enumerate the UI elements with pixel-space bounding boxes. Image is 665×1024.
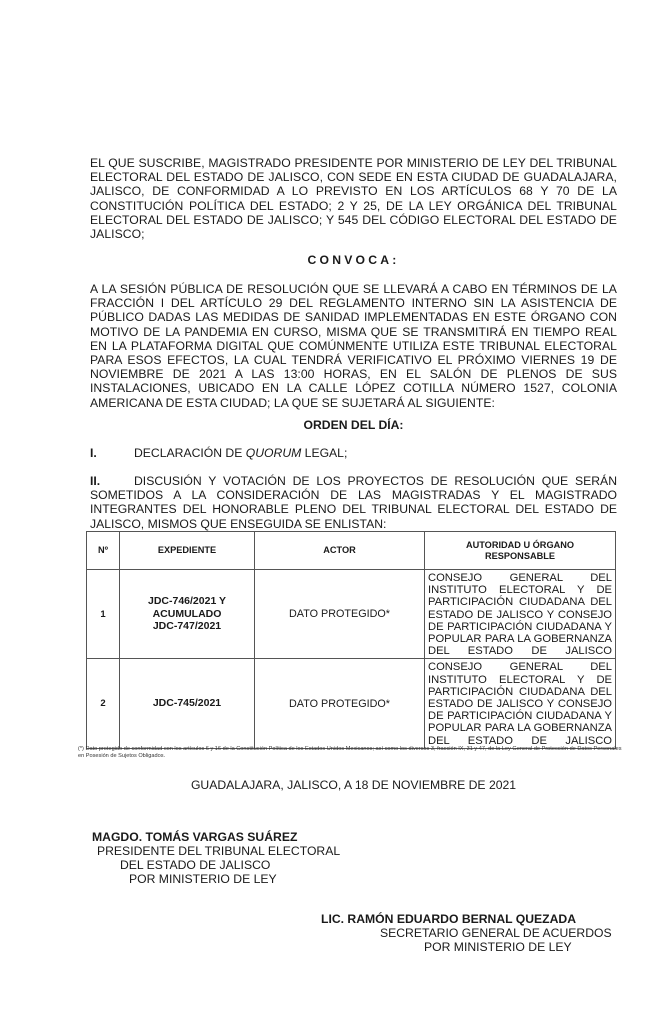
agenda-item-text-end: LEGAL; <box>301 446 347 460</box>
signatory-1-name: MAGDO. TOMÁS VARGAS SUÁREZ <box>92 830 297 844</box>
row-expediente: JDC-745/2021 <box>120 659 255 748</box>
row-actor: DATO PROTEGIDO* <box>255 659 425 748</box>
agenda-item-text: DISCUSIÓN Y VOTACIÓN DE LOS PROYECTOS DE… <box>90 474 617 531</box>
agenda-item-italic: QUORUM <box>246 446 302 460</box>
row-number: 1 <box>87 570 120 659</box>
table-header-row: Nº EXPEDIENTE ACTOR AUTORIDAD U ÓRGANO R… <box>87 532 616 570</box>
row-autoridad: CONSEJO GENERAL DEL INSTITUTO ELECTORAL … <box>425 570 616 659</box>
signatory-2-name: LIC. RAMÓN EDUARDO BERNAL QUEZADA <box>321 912 576 926</box>
agenda-item-text: DECLARACIÓN DE <box>134 446 246 460</box>
agenda-item-1: I.DECLARACIÓN DE QUORUM LEGAL; <box>90 446 617 460</box>
row-autoridad: CONSEJO GENERAL DEL INSTITUTO ELECTORAL … <box>425 659 616 748</box>
place-date: GUADALAJARA, JALISCO, A 18 DE NOVIEMBRE … <box>90 778 617 792</box>
expediente-line: JDC-745/2021 <box>123 697 251 710</box>
expediente-line: JDC-746/2021 Y <box>123 595 251 608</box>
document-page: EL QUE SUSCRIBE, MAGISTRADO PRESIDENTE P… <box>0 0 665 1024</box>
agenda-item-2: II.DISCUSIÓN Y VOTACIÓN DE LOS PROYECTOS… <box>90 474 617 531</box>
cases-table: Nº EXPEDIENTE ACTOR AUTORIDAD U ÓRGANO R… <box>86 531 616 749</box>
header-autoridad: AUTORIDAD U ÓRGANO RESPONSABLE <box>425 532 616 570</box>
preamble-paragraph: EL QUE SUSCRIBE, MAGISTRADO PRESIDENTE P… <box>90 156 617 241</box>
expediente-line: JDC-747/2021 <box>123 620 251 633</box>
signatory-1-title-line: POR MINISTERIO DE LEY <box>129 872 277 886</box>
expediente-line: ACUMULADO <box>123 608 251 621</box>
signatory-2-title-line: SECRETARIO GENERAL DE ACUERDOS <box>380 926 612 940</box>
row-actor: DATO PROTEGIDO* <box>255 570 425 659</box>
signatory-2-title-line: POR MINISTERIO DE LEY <box>424 940 572 954</box>
convocation-paragraph: A LA SESIÓN PÚBLICA DE RESOLUCIÓN QUE SE… <box>90 282 617 410</box>
row-number: 2 <box>87 659 120 748</box>
header-number: Nº <box>87 532 120 570</box>
signatory-1-title-line: DEL ESTADO DE JALISCO <box>120 858 270 872</box>
agenda-item-number: I. <box>90 446 134 460</box>
signatory-1-title-line: PRESIDENTE DEL TRIBUNAL ELECTORAL <box>97 844 340 858</box>
row-expediente: JDC-746/2021 Y ACUMULADO JDC-747/2021 <box>120 570 255 659</box>
agenda-item-number: II. <box>90 474 134 488</box>
header-expediente: EXPEDIENTE <box>120 532 255 570</box>
agenda-heading: ORDEN DEL DÍA: <box>90 418 617 432</box>
header-actor: ACTOR <box>255 532 425 570</box>
table-row: 2 JDC-745/2021 DATO PROTEGIDO* CONSEJO G… <box>87 659 616 748</box>
footnote: (*) Dato protegido de conformidad con lo… <box>78 746 623 760</box>
table-row: 1 JDC-746/2021 Y ACUMULADO JDC-747/2021 … <box>87 570 616 659</box>
convoca-heading: CONVOCA: <box>90 253 617 267</box>
